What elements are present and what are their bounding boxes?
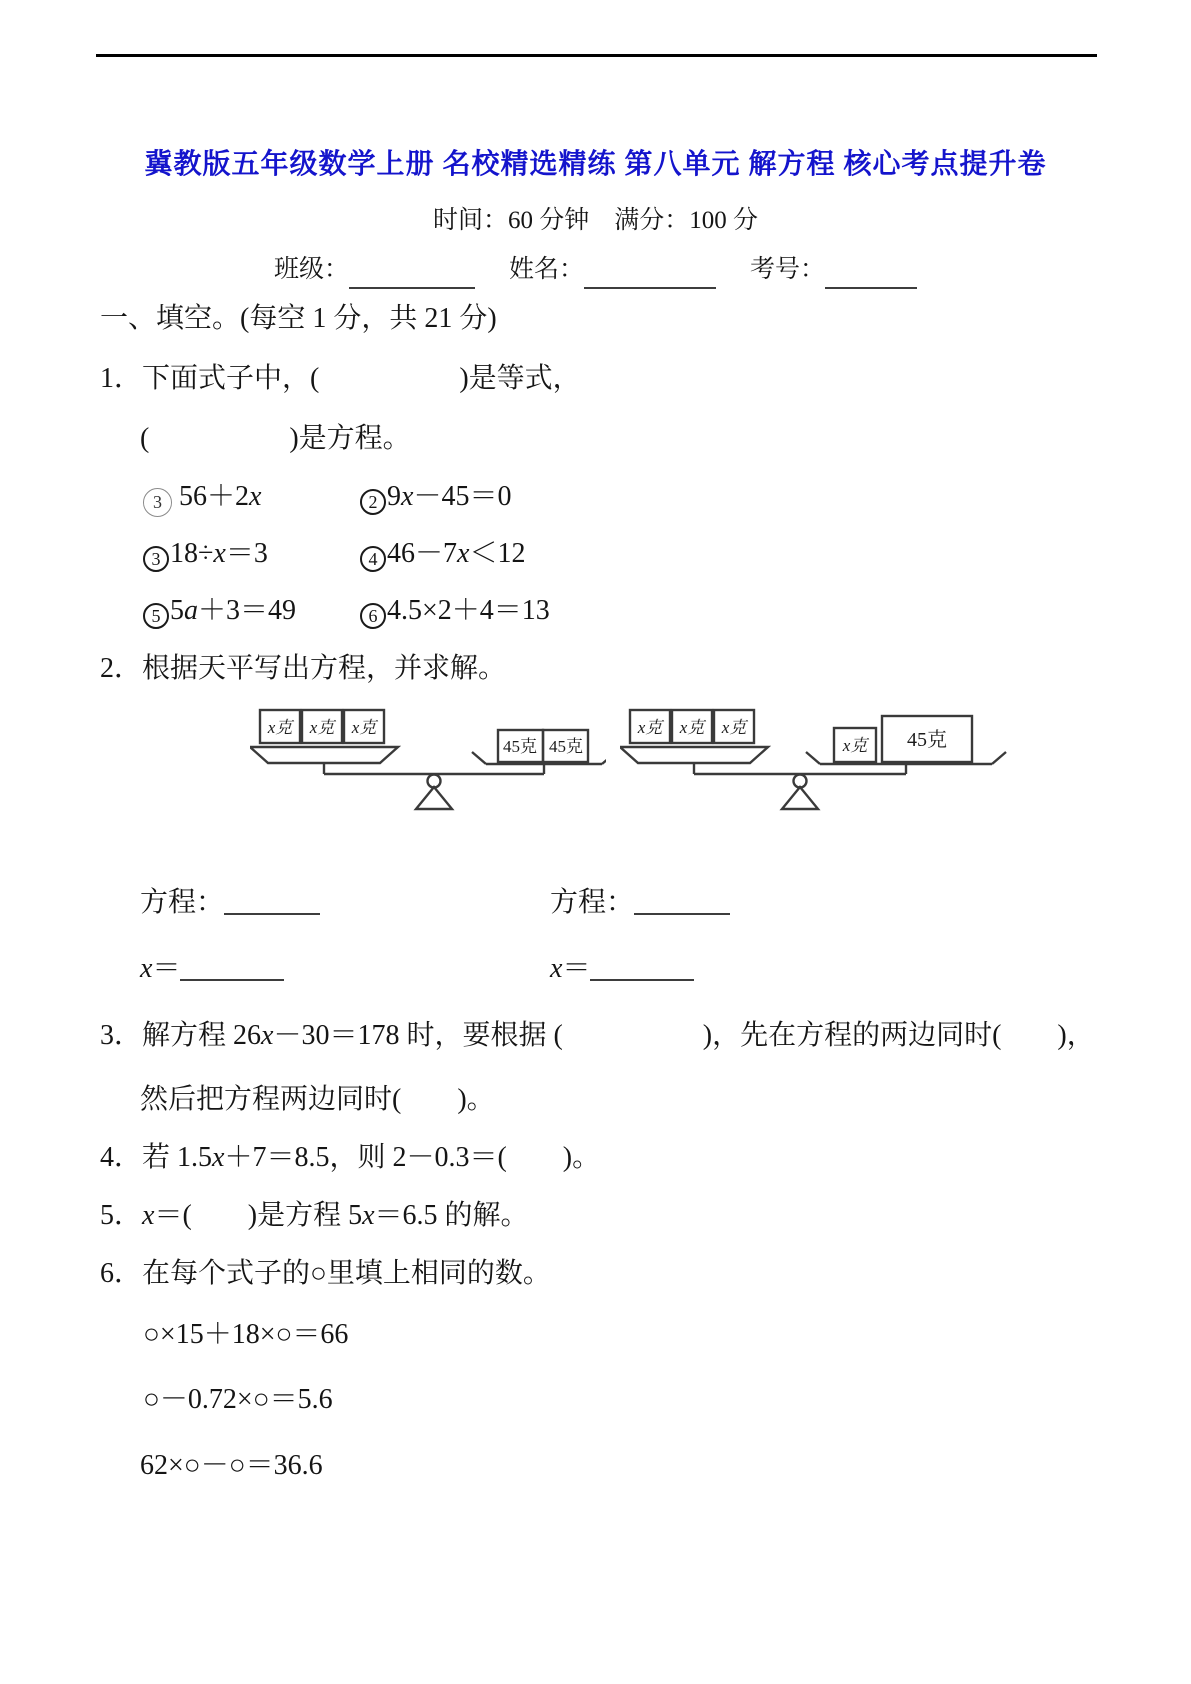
q6-equation-1: ○×15＋18×○＝66	[143, 1312, 348, 1352]
q1-expr-2: 9x－45＝0	[387, 481, 511, 512]
weight-box-label: x克	[351, 718, 379, 737]
right-pan	[806, 752, 820, 764]
header-rule	[96, 54, 1097, 57]
equation-blank-right	[634, 889, 730, 915]
fulcrum-triangle-icon	[782, 787, 818, 809]
exam-no-label: 考号：	[750, 249, 825, 285]
time-score-line: 时间：60 分钟 满分：100 分	[0, 200, 1191, 236]
q1-line1: 1．下面式子中，( )是等式，	[100, 356, 581, 396]
student-info-line: 班级：姓名：考号：	[0, 249, 1191, 285]
circled-number-2: 2	[360, 489, 386, 515]
q2-solution-left: x＝	[140, 946, 550, 986]
weight-box-label: x克	[637, 718, 665, 737]
x-label-left: x＝	[140, 953, 180, 984]
weight-box-label: 45克	[549, 737, 583, 756]
q1-item-6: 64.5×2＋4＝13	[360, 588, 550, 629]
balance-scale-2: x克 x克 x克 x克 45克	[620, 706, 1020, 812]
q6-equation-2: ○－0.72×○＝5.6	[143, 1377, 333, 1417]
q4-text: 4．若 1.5x＋7＝8.5，则 2－0.3＝( )。	[100, 1135, 600, 1175]
page-title: 冀教版五年级数学上册 名校精选精练 第八单元 解方程 核心考点提升卷	[0, 142, 1191, 182]
q1-item-5: 55a＋3＝49	[143, 588, 360, 629]
circled-number-1: 3	[143, 488, 172, 517]
weight-box-label: x克	[721, 718, 749, 737]
circled-number-6: 6	[360, 603, 386, 629]
class-blank	[349, 263, 475, 289]
x-blank-left	[180, 955, 284, 981]
fulcrum-triangle-icon	[416, 787, 452, 809]
q1-item-2: 29x－45＝0	[360, 474, 511, 517]
q2-solution-right: x＝	[550, 946, 694, 986]
q1-expr-5: 5a＋3＝49	[170, 595, 296, 626]
q2-solution-row: x＝ x＝	[140, 946, 694, 986]
left-pan	[620, 747, 768, 763]
section-heading: 一、填空。(每空 1 分，共 21 分)	[100, 296, 497, 336]
q2-equation-left: 方程：	[140, 880, 550, 920]
q1-expr-6: 4.5×2＋4＝13	[387, 595, 550, 626]
weight-box-label: 45克	[907, 728, 947, 751]
exam-no-blank	[825, 263, 917, 289]
equation-blank-left	[224, 889, 320, 915]
name-blank	[584, 263, 716, 289]
q5-text: 5．x＝( )是方程 5x＝6.5 的解。	[100, 1193, 529, 1233]
q1-row1: 356＋2x 29x－45＝0	[143, 474, 511, 517]
q1-row2: 318÷x＝3 446－7x＜12	[143, 531, 525, 572]
circled-number-4: 4	[360, 546, 386, 572]
q1-expr-1: 56＋2x	[179, 481, 261, 512]
weight-box-label: x克	[679, 718, 707, 737]
circled-number-5: 5	[143, 603, 169, 629]
equation-label-left: 方程：	[140, 887, 224, 918]
balance-diagrams: x克 x克 x克 45克 45克	[250, 706, 1020, 812]
q1-item-1: 356＋2x	[143, 474, 360, 517]
x-blank-right	[590, 955, 694, 981]
q3-line1: 3．解方程 26x－30＝178 时，要根据 ( )，先在方程的两边同时( )，	[100, 1013, 1095, 1053]
weight-box-label: x克	[267, 718, 295, 737]
q1-row3: 55a＋3＝49 64.5×2＋4＝13	[143, 588, 550, 629]
balance-scale-1: x克 x克 x克 45克 45克	[250, 706, 606, 812]
q6-equation-3: 62×○－○＝36.6	[140, 1443, 323, 1483]
class-label: 班级：	[274, 249, 349, 285]
weight-box-label: x克	[842, 736, 870, 755]
q1-expr-3: 18÷x＝3	[170, 538, 268, 569]
q1-item-3: 318÷x＝3	[143, 531, 360, 572]
weight-box-label: 45克	[503, 737, 537, 756]
q6-stem: 6．在每个式子的○里填上相同的数。	[100, 1251, 551, 1291]
q1-item-4: 446－7x＜12	[360, 531, 525, 572]
name-label: 姓名：	[509, 249, 584, 285]
left-pan	[250, 747, 398, 763]
q2-equation-right: 方程：	[550, 880, 730, 920]
equation-label-right: 方程：	[550, 887, 634, 918]
q2-stem: 2．根据天平写出方程，并求解。	[100, 646, 506, 686]
q2-equation-row: 方程： 方程：	[140, 880, 730, 920]
x-label-right: x＝	[550, 953, 590, 984]
circled-number-3: 3	[143, 546, 169, 572]
right-pan	[472, 752, 486, 764]
worksheet-page: 冀教版五年级数学上册 名校精选精练 第八单元 解方程 核心考点提升卷 时间：60…	[0, 0, 1191, 1684]
q3-line2: 然后把方程两边同时( )。	[140, 1077, 495, 1117]
q1-expr-4: 46－7x＜12	[387, 538, 525, 569]
q1-line2: ( )是方程。	[140, 416, 411, 456]
weight-box-label: x克	[309, 718, 337, 737]
